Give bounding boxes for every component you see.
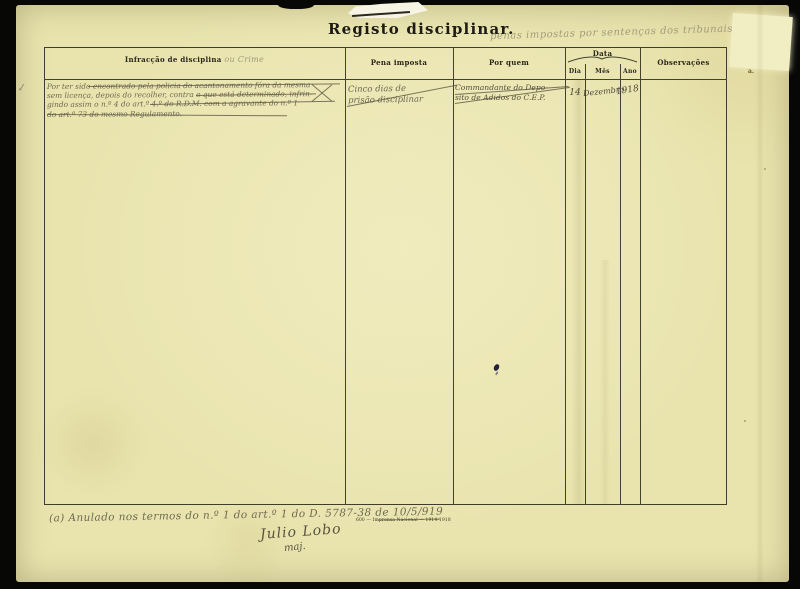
stamp-residue-patch: [729, 13, 793, 71]
column-header-date: Data: [565, 49, 640, 58]
column-header-by-whom: Por quem: [453, 58, 565, 67]
column-header-observations: Observações: [640, 58, 727, 67]
paper-speck: [744, 420, 746, 422]
infraction-header-label: Infracção de disciplina: [125, 55, 222, 64]
page-title: Registo disciplinar.: [328, 20, 515, 38]
header-rule: [44, 79, 727, 80]
column-header-infraction: Infracção de disciplina ou Crime: [44, 55, 345, 64]
column-divider: [565, 47, 566, 505]
infraction-header-annotation: ou Crime: [224, 55, 264, 64]
paper-speck: [764, 168, 766, 170]
right-margin-mark: a.: [748, 68, 754, 75]
printer-imprint: 600 — Imprensa Nacional — 1914-1918: [356, 517, 451, 522]
date-subcolumn-divider: [620, 64, 621, 505]
signature-rank: maj.: [283, 541, 306, 554]
column-divider: [453, 47, 454, 505]
column-header-day: Dia: [565, 68, 585, 75]
scan-border-irregularity: [278, 0, 314, 9]
scanned-document: Registo disciplinar. penas impostas por …: [0, 0, 800, 589]
column-header-year: Ano: [620, 68, 640, 75]
column-header-penalty: Pena imposta: [345, 58, 453, 67]
column-header-month: Mês: [585, 68, 620, 75]
column-divider: [640, 47, 641, 505]
column-divider: [345, 47, 346, 505]
date-subcolumn-divider: [585, 64, 586, 505]
